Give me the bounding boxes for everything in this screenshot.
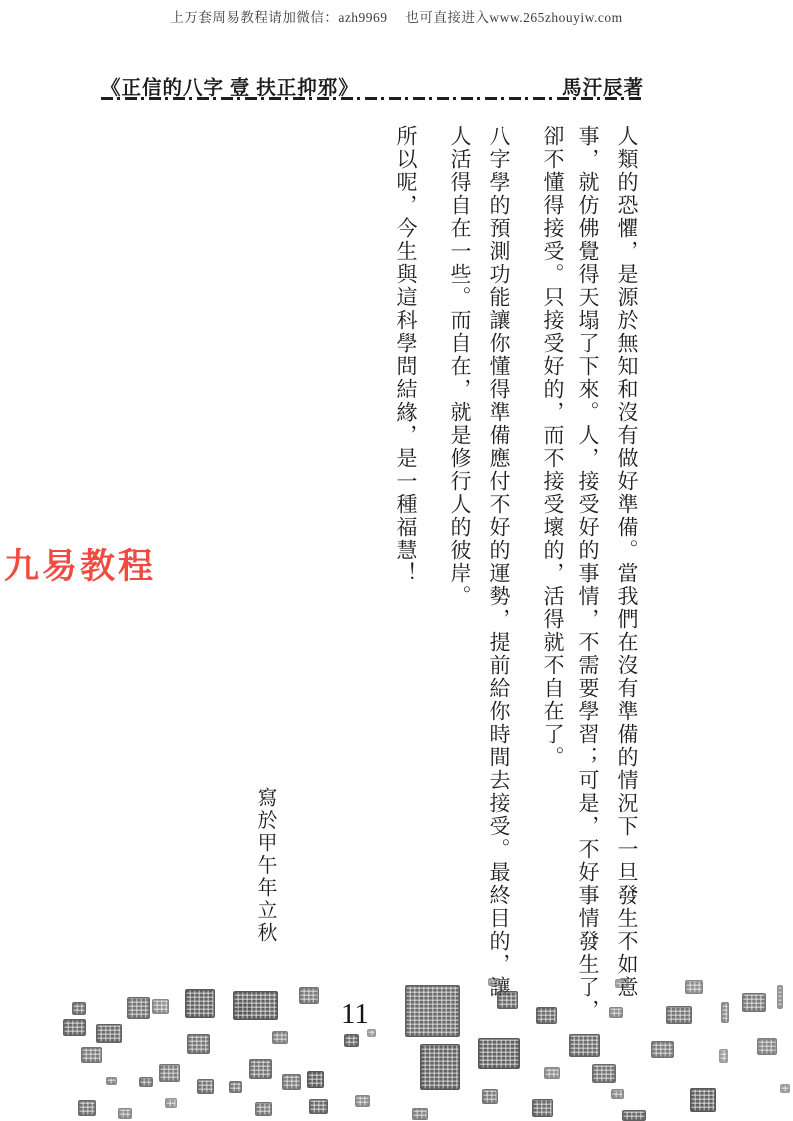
signature-date-column: 寫於甲午年立秋 bbox=[250, 787, 280, 945]
text-column-6: 所以呢，今生與這科學問結緣，是一種福慧！ bbox=[391, 125, 421, 585]
promo-header-text: 上万套周易教程请加微信：azh9969 也可直接进入www.265zhouyiw… bbox=[0, 6, 793, 26]
seal-stamp bbox=[536, 1007, 557, 1024]
seal-stamp bbox=[249, 1059, 272, 1079]
seal-stamp bbox=[299, 987, 319, 1004]
seal-stamp bbox=[544, 1067, 560, 1079]
seal-stamp bbox=[420, 1044, 460, 1090]
seal-stamp bbox=[197, 1079, 214, 1094]
seal-stamp bbox=[152, 999, 169, 1014]
seal-stamp bbox=[592, 1064, 616, 1083]
text-column-5: 人活得自在一些。而自在，就是修行人的彼岸。 bbox=[445, 125, 475, 608]
seal-stamp bbox=[690, 1088, 716, 1112]
seal-stamp bbox=[780, 1084, 790, 1093]
seal-stamp bbox=[777, 985, 783, 1009]
seal-stamp bbox=[666, 1006, 692, 1024]
seal-stamp bbox=[81, 1047, 102, 1063]
seal-stamp bbox=[272, 1031, 288, 1044]
seal-stamp bbox=[757, 1038, 777, 1055]
seal-stamp bbox=[139, 1077, 153, 1087]
seal-stamp bbox=[615, 979, 629, 988]
site-watermark: 九易教程 bbox=[4, 539, 156, 589]
seal-stamp bbox=[622, 1110, 646, 1121]
seal-stamp bbox=[185, 989, 215, 1018]
seal-stamp bbox=[367, 1029, 376, 1037]
seal-stamp bbox=[344, 1034, 359, 1047]
seal-stamp bbox=[229, 1081, 242, 1093]
book-title: 《正信的八字 壹 扶正抑邪》 bbox=[101, 72, 359, 100]
seal-stamp bbox=[106, 1077, 117, 1085]
seal-stamp bbox=[719, 1049, 728, 1063]
text-column-2: 事，就仿佛覺得天塌了下來。人，接受好的事情，不需要學習；可是，不好事情發生了， bbox=[573, 125, 603, 1022]
text-column-1: 人類的恐懼，是源於無知和沒有做好準備。當我們在沒有準備的情況下一旦發生不如意 bbox=[612, 125, 642, 999]
seal-stamp bbox=[127, 997, 150, 1019]
seal-stamp bbox=[307, 1071, 324, 1088]
seal-stamp bbox=[497, 991, 518, 1009]
seal-stamp bbox=[609, 1007, 623, 1018]
page-number: 11 bbox=[341, 998, 369, 1031]
seal-stamp bbox=[405, 985, 460, 1037]
seal-stamp bbox=[233, 991, 278, 1020]
seal-stamp bbox=[78, 1100, 96, 1116]
seal-stamp bbox=[96, 1024, 122, 1043]
seal-stamp bbox=[159, 1064, 180, 1082]
seal-stamp bbox=[482, 1089, 498, 1104]
text-column-3: 卻不懂得接受。只接受好的，而不接受壞的，活得就不自在了。 bbox=[538, 125, 568, 769]
seal-stamp bbox=[255, 1102, 272, 1116]
seal-stamp bbox=[165, 1098, 177, 1108]
seal-stamp bbox=[742, 993, 766, 1012]
seal-stamp bbox=[63, 1019, 86, 1036]
seal-stamp bbox=[569, 1034, 600, 1057]
seal-stamp bbox=[187, 1034, 210, 1054]
seal-stamp bbox=[685, 980, 703, 994]
seal-stamp bbox=[355, 1095, 370, 1107]
seal-stamp bbox=[488, 978, 500, 986]
seal-stamp bbox=[282, 1074, 301, 1090]
seal-stamp bbox=[412, 1108, 428, 1120]
seal-stamp bbox=[651, 1041, 674, 1058]
seal-stamp bbox=[72, 1002, 86, 1015]
book-page: 上万套周易教程请加微信：azh9969 也可直接进入www.265zhouyiw… bbox=[0, 0, 793, 1121]
text-column-4: 八字學的預測功能讓你懂得準備應付不好的運勢，提前給你時間去接受。最終目的，讓 bbox=[484, 125, 514, 999]
seal-stamp bbox=[532, 1099, 553, 1117]
seal-stamp bbox=[478, 1038, 520, 1069]
title-bar: 《正信的八字 壹 扶正抑邪》 馬汗辰著 bbox=[101, 72, 644, 100]
seal-stamp bbox=[118, 1108, 132, 1119]
seal-stamp bbox=[721, 1002, 729, 1023]
author-name: 馬汗辰著 bbox=[562, 72, 644, 100]
title-underline-rule bbox=[101, 97, 644, 100]
seal-stamp bbox=[309, 1099, 328, 1114]
seal-stamp bbox=[611, 1089, 624, 1099]
